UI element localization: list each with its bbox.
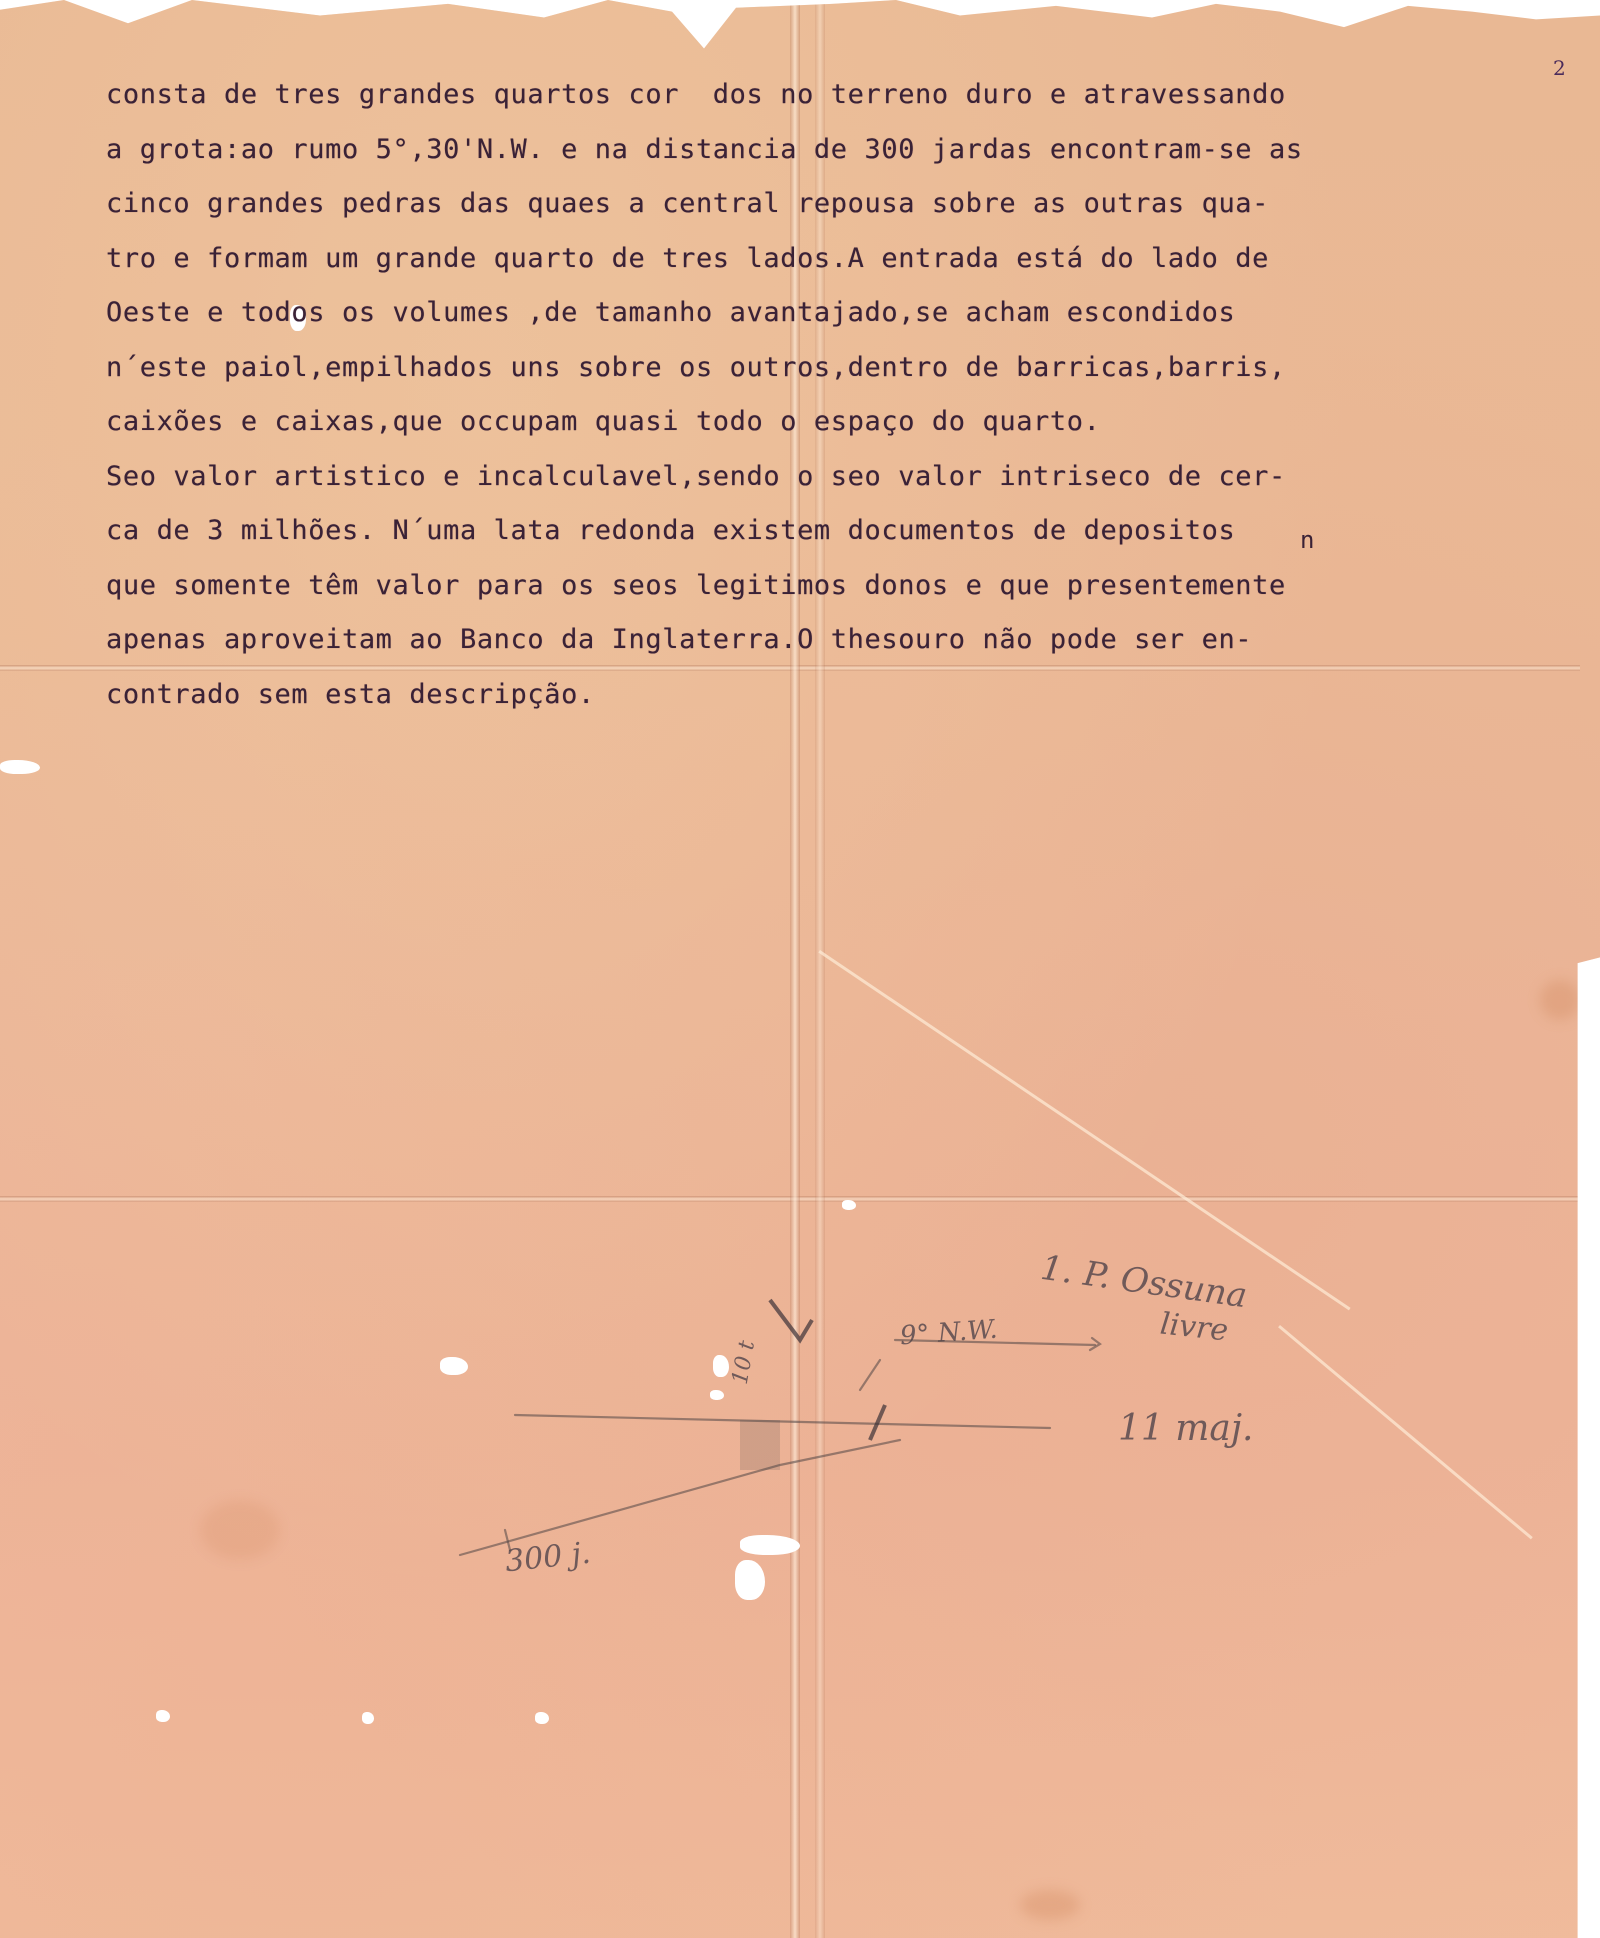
paper-hole	[440, 1357, 468, 1375]
text-line: Seo valor artistico e incalculavel,sendo…	[106, 450, 1586, 505]
paper-hole	[535, 1712, 549, 1724]
pencil-note-livre: livre	[1158, 1307, 1230, 1349]
text-line: a grota:ao rumo 5°,30'N.W. e na distanci…	[106, 123, 1586, 178]
text-line: que somente têm valor para os seos legit…	[106, 559, 1586, 614]
text-line: consta de tres grandes quartos cor dos n…	[106, 68, 1586, 123]
paper-hole	[735, 1560, 765, 1600]
text-line: tro e formam um grande quarto de tres la…	[106, 232, 1586, 287]
text-line: Oeste e todos os volumes ,de tamanho ava…	[106, 286, 1586, 341]
paper-hole	[740, 1535, 800, 1555]
diagonal-crease-small	[1278, 1325, 1533, 1539]
paper-hole	[362, 1712, 374, 1724]
text-line: n´este paiol,empilhados uns sobre os out…	[106, 341, 1586, 396]
text-line: ca de 3 milhões. N´uma lata redonda exis…	[106, 504, 1586, 559]
text-line: apenas aproveitam ao Banco da Inglaterra…	[106, 613, 1586, 668]
handwritten-correction-mark: n	[1300, 526, 1314, 554]
pencil-note-date: 11 maj.	[1118, 1408, 1253, 1449]
paper-hole	[842, 1200, 856, 1210]
paper-hole	[713, 1355, 729, 1377]
paper-hole	[156, 1710, 170, 1722]
paper-hole	[710, 1390, 724, 1400]
stain	[1020, 1890, 1080, 1920]
paper-hole	[0, 760, 40, 774]
stain	[200, 1500, 280, 1560]
text-line: cinco grandes pedras das quaes a central…	[106, 177, 1586, 232]
text-line: contrado sem esta descripção.	[106, 668, 1586, 723]
typewritten-text-body: consta de tres grandes quartos cor dos n…	[106, 68, 1586, 722]
stain	[1540, 980, 1580, 1020]
text-line: caixões e caixas,que occupam quasi todo …	[106, 395, 1586, 450]
